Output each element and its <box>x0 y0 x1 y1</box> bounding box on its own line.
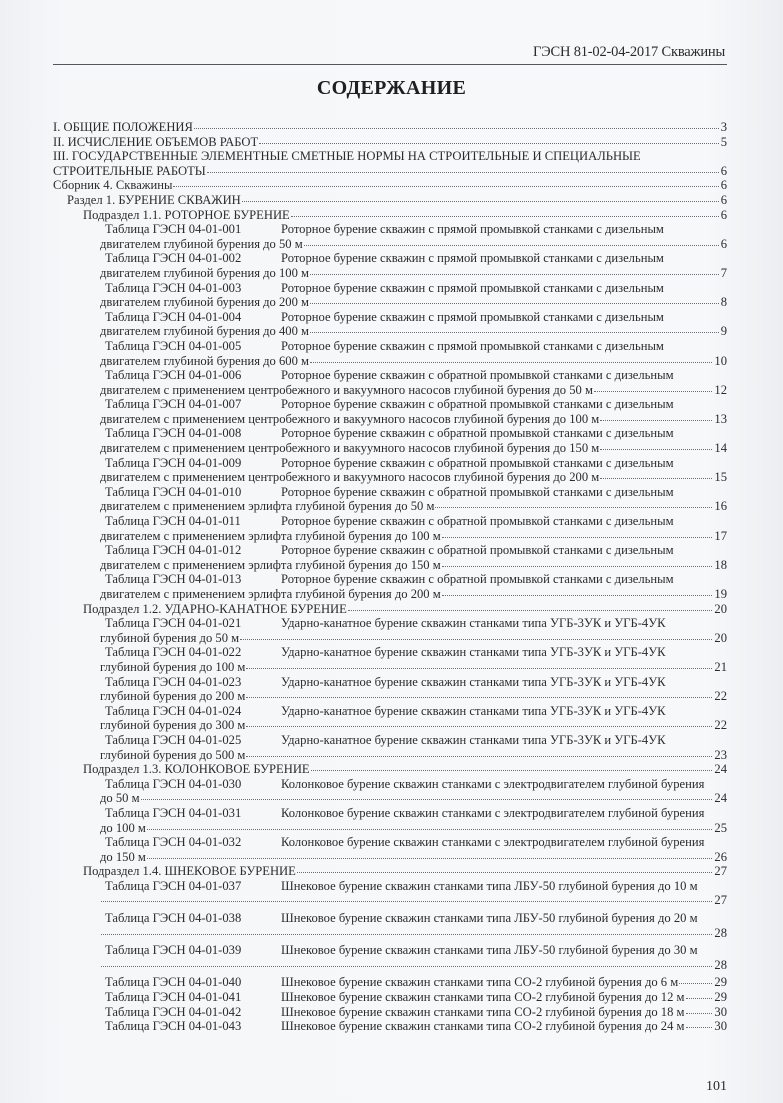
page-ref: 15 <box>713 470 727 485</box>
running-head: ГЭСН 81-02-04-2017 Скважины <box>53 44 725 61</box>
toc-entry-table[interactable]: Таблица ГЭСН 04-01-009Роторное бурение с… <box>53 456 727 485</box>
page-ref: 30 <box>713 1019 727 1034</box>
page-ref: 27 <box>713 893 727 908</box>
leader-dots <box>435 507 712 508</box>
subsections-list: Подраздел 1.1. РОТОРНОЕ БУРЕНИЕ6Таблица … <box>53 208 727 1034</box>
table-description: Роторное бурение скважин с обратной пром… <box>281 485 674 500</box>
table-description-continued: двигателем глубиной бурения до 100 м <box>100 266 309 281</box>
toc-entry-table[interactable]: Таблица ГЭСН 04-01-002Роторное бурение с… <box>53 251 727 280</box>
header-rule <box>53 64 727 65</box>
page-ref: 12 <box>713 383 727 398</box>
table-code: Таблица ГЭСН 04-01-010 <box>105 485 281 500</box>
table-code: Таблица ГЭСН 04-01-006 <box>105 368 281 383</box>
toc-entry-table[interactable]: Таблица ГЭСН 04-01-030Колонковое бурение… <box>53 777 727 806</box>
table-description-continued: двигателем с применением центробежного и… <box>100 412 599 427</box>
toc-entry-table[interactable]: Таблица ГЭСН 04-01-007Роторное бурение с… <box>53 397 727 426</box>
table-description: Роторное бурение скважин с прямой промыв… <box>281 222 664 237</box>
table-code: Таблица ГЭСН 04-01-005 <box>105 339 281 354</box>
leader-dots <box>246 756 712 757</box>
leader-dots <box>242 201 719 202</box>
table-description: Роторное бурение скважин с обратной пром… <box>281 514 674 529</box>
table-description-continued: до 150 м <box>100 850 146 865</box>
table-code: Таблица ГЭСН 04-01-007 <box>105 397 281 412</box>
table-description-continued: до 50 м <box>100 791 140 806</box>
page-ref: 5 <box>720 135 727 150</box>
toc-entry-table[interactable]: Таблица ГЭСН 04-01-001Роторное бурение с… <box>53 222 727 251</box>
leader-dots <box>101 901 712 902</box>
table-description: Колонковое бурение скважин станками с эл… <box>281 777 704 792</box>
table-description: Шнековое бурение скважин станками типа Л… <box>281 879 698 894</box>
table-code: Таблица ГЭСН 04-01-003 <box>105 281 281 296</box>
leader-dots <box>147 858 713 859</box>
leader-dots <box>246 668 712 669</box>
table-description: Ударно-канатное бурение скважин станками… <box>281 675 666 690</box>
table-code: Таблица ГЭСН 04-01-042 <box>105 1005 281 1020</box>
leader-dots <box>246 726 712 727</box>
page-ref: 21 <box>713 660 727 675</box>
toc-entry-subsection[interactable]: Подраздел 1.1. РОТОРНОЕ БУРЕНИЕ6 <box>53 208 727 223</box>
toc-entry-table[interactable]: Таблица ГЭСН 04-01-038Шнековое бурение с… <box>53 911 727 940</box>
leader-dots <box>246 697 712 698</box>
leader-dots <box>304 245 719 246</box>
page-ref: 6 <box>720 193 727 208</box>
table-code: Таблица ГЭСН 04-01-001 <box>105 222 281 237</box>
toc-entry-table[interactable]: Таблица ГЭСН 04-01-024Ударно-канатное бу… <box>53 704 727 733</box>
page-ref: 6 <box>720 208 727 223</box>
toc-entry-table[interactable]: Таблица ГЭСН 04-01-003Роторное бурение с… <box>53 281 727 310</box>
page-ref: 24 <box>713 791 727 806</box>
leader-dots <box>310 303 719 304</box>
leader-dots <box>442 566 713 567</box>
table-description-continued: глубиной бурения до 200 м <box>100 689 245 704</box>
table-description: Роторное бурение скважин с прямой промыв… <box>281 281 664 296</box>
leader-dots <box>686 1027 713 1028</box>
table-description-continued: глубиной бурения до 300 м <box>100 718 245 733</box>
table-description: Роторное бурение скважин с прямой промыв… <box>281 251 664 266</box>
toc-entry-table[interactable]: Таблица ГЭСН 04-01-011Роторное бурение с… <box>53 514 727 543</box>
table-description-continued: двигателем глубиной бурения до 200 м <box>100 295 309 310</box>
table-description-continued: двигателем с применением эрлифта глубино… <box>100 499 434 514</box>
page-ref: 6 <box>720 178 727 193</box>
table-description-continued: двигателем с применением эрлифта глубино… <box>100 558 441 573</box>
table-description: Колонковое бурение скважин станками с эл… <box>281 835 704 850</box>
table-description-continued: глубиной бурения до 500 м <box>100 748 245 763</box>
page-ref: 9 <box>720 324 727 339</box>
toc-entry-table[interactable]: Таблица ГЭСН 04-01-039Шнековое бурение с… <box>53 943 727 972</box>
leader-dots <box>240 639 712 640</box>
leader-dots <box>442 595 713 596</box>
page-ref: 10 <box>713 354 727 369</box>
page-ref: 29 <box>713 990 727 1005</box>
page-ref: 29 <box>713 975 727 990</box>
leader-dots <box>310 274 719 275</box>
table-description: Шнековое бурение скважин станками типа С… <box>281 990 685 1005</box>
toc-entry-table[interactable]: Таблица ГЭСН 04-01-004Роторное бурение с… <box>53 310 727 339</box>
toc-entry-table[interactable]: Таблица ГЭСН 04-01-031Колонковое бурение… <box>53 806 727 835</box>
page-ref: 28 <box>713 958 727 973</box>
table-description-continued: двигателем с применением эрлифта глубино… <box>100 529 441 544</box>
table-description: Шнековое бурение скважин станками типа Л… <box>281 943 698 958</box>
toc-entry-table[interactable]: Таблица ГЭСН 04-01-042Шнековое бурение с… <box>53 1005 727 1020</box>
table-code: Таблица ГЭСН 04-01-041 <box>105 990 281 1005</box>
table-description: Шнековое бурение скважин станками типа С… <box>281 975 678 990</box>
table-description: Роторное бурение скважин с обратной пром… <box>281 456 674 471</box>
leader-dots <box>101 966 712 967</box>
toc-entry-table[interactable]: Таблица ГЭСН 04-01-022Ударно-канатное бу… <box>53 645 727 674</box>
table-description-continued: двигателем глубиной бурения до 50 м <box>100 237 303 252</box>
leader-dots <box>141 799 713 800</box>
table-description: Роторное бурение скважин с прямой промыв… <box>281 339 664 354</box>
table-code: Таблица ГЭСН 04-01-032 <box>105 835 281 850</box>
page-ref: 6 <box>720 164 727 179</box>
table-description: Ударно-канатное бурение скважин станками… <box>281 733 666 748</box>
table-code: Таблица ГЭСН 04-01-022 <box>105 645 281 660</box>
page-ref: 13 <box>713 412 727 427</box>
page-ref: 28 <box>713 926 727 941</box>
document-page: ГЭСН 81-02-04-2017 Скважины СОДЕРЖАНИЕ I… <box>0 0 783 1103</box>
table-description-continued: двигателем с применением центробежного и… <box>100 383 593 398</box>
page-ref: 22 <box>713 718 727 733</box>
table-description-continued: двигателем глубиной бурения до 400 м <box>100 324 309 339</box>
table-description-continued: двигателем глубиной бурения до 600 м <box>100 354 309 369</box>
table-description: Ударно-канатное бурение скважин станками… <box>281 704 666 719</box>
table-description-continued: глубиной бурения до 50 м <box>100 631 239 646</box>
table-code: Таблица ГЭСН 04-01-039 <box>105 943 281 958</box>
toc-entry-section-1[interactable]: Раздел 1. БУРЕНИЕ СКВАЖИН6 <box>53 193 727 208</box>
toc-entry-table[interactable]: Таблица ГЭСН 04-01-012Роторное бурение с… <box>53 543 727 572</box>
table-description: Роторное бурение скважин с обратной пром… <box>281 543 674 558</box>
leader-dots <box>147 829 713 830</box>
table-code: Таблица ГЭСН 04-01-002 <box>105 251 281 266</box>
page-ref: 23 <box>713 748 727 763</box>
table-code: Таблица ГЭСН 04-01-013 <box>105 572 281 587</box>
table-description-continued: двигателем с применением эрлифта глубино… <box>100 587 441 602</box>
toc-entry-table[interactable]: Таблица ГЭСН 04-01-037Шнековое бурение с… <box>53 879 727 908</box>
page-ref: 7 <box>720 266 727 281</box>
leader-dots <box>310 362 712 363</box>
table-description: Роторное бурение скважин с обратной пром… <box>281 397 674 412</box>
table-code: Таблица ГЭСН 04-01-031 <box>105 806 281 821</box>
page-title: СОДЕРЖАНИЕ <box>0 77 783 100</box>
table-code: Таблица ГЭСН 04-01-004 <box>105 310 281 325</box>
table-description: Роторное бурение скважин с прямой промыв… <box>281 310 664 325</box>
table-description: Ударно-канатное бурение скважин станками… <box>281 616 666 631</box>
leader-dots <box>259 143 719 144</box>
leader-dots <box>600 478 712 479</box>
page-ref: 27 <box>713 864 727 879</box>
table-code: Таблица ГЭСН 04-01-037 <box>105 879 281 894</box>
table-of-contents: I. ОБЩИЕ ПОЛОЖЕНИЯ3 II. ИСЧИСЛЕНИЕ ОБЪЕМ… <box>53 120 727 1034</box>
table-code: Таблица ГЭСН 04-01-011 <box>105 514 281 529</box>
table-description: Роторное бурение скважин с обратной пром… <box>281 572 674 587</box>
leader-dots <box>310 332 719 333</box>
page-ref: 14 <box>713 441 727 456</box>
table-code: Таблица ГЭСН 04-01-038 <box>105 911 281 926</box>
page-ref: 22 <box>713 689 727 704</box>
leader-dots <box>348 610 713 611</box>
toc-entry-table[interactable]: Таблица ГЭСН 04-01-006Роторное бурение с… <box>53 368 727 397</box>
page-ref: 3 <box>720 120 727 135</box>
toc-entry-state-norms[interactable]: III. ГОСУДАРСТВЕННЫЕ ЭЛЕМЕНТНЫЕ СМЕТНЫЕ … <box>53 149 727 178</box>
table-description: Роторное бурение скважин с обратной пром… <box>281 368 674 383</box>
table-code: Таблица ГЭСН 04-01-012 <box>105 543 281 558</box>
leader-dots <box>311 770 713 771</box>
table-code: Таблица ГЭСН 04-01-030 <box>105 777 281 792</box>
leader-dots <box>600 449 712 450</box>
table-description: Роторное бурение скважин с обратной пром… <box>281 426 674 441</box>
toc-entry-table[interactable]: Таблица ГЭСН 04-01-010Роторное бурение с… <box>53 485 727 514</box>
page-ref: 20 <box>713 631 727 646</box>
table-description: Шнековое бурение скважин станками типа С… <box>281 1019 685 1034</box>
table-description-continued: глубиной бурения до 100 м <box>100 660 245 675</box>
leader-dots <box>194 128 719 129</box>
toc-entry-table[interactable]: Таблица ГЭСН 04-01-040Шнековое бурение с… <box>53 975 727 990</box>
page-number: 101 <box>700 1079 727 1095</box>
leader-dots <box>442 537 713 538</box>
table-code: Таблица ГЭСН 04-01-009 <box>105 456 281 471</box>
toc-entry-table[interactable]: Таблица ГЭСН 04-01-043Шнековое бурение с… <box>53 1019 727 1034</box>
page-ref: 19 <box>713 587 727 602</box>
table-description: Шнековое бурение скважин станками типа С… <box>281 1005 685 1020</box>
toc-entry-subsection[interactable]: Подраздел 1.2. УДАРНО-КАНАТНОЕ БУРЕНИЕ20 <box>53 602 727 617</box>
leader-dots <box>101 934 712 935</box>
toc-entry-table[interactable]: Таблица ГЭСН 04-01-041Шнековое бурение с… <box>53 990 727 1005</box>
table-code: Таблица ГЭСН 04-01-025 <box>105 733 281 748</box>
page-ref: 16 <box>713 499 727 514</box>
toc-entry-table[interactable]: Таблица ГЭСН 04-01-013Роторное бурение с… <box>53 572 727 601</box>
leader-dots <box>207 172 719 173</box>
table-description: Шнековое бурение скважин станками типа Л… <box>281 911 698 926</box>
toc-entry-volumes[interactable]: II. ИСЧИСЛЕНИЕ ОБЪЕМОВ РАБОТ5 <box>53 135 727 150</box>
table-description-continued: двигателем с применением центробежного и… <box>100 441 599 456</box>
toc-entry-subsection[interactable]: Подраздел 1.3. КОЛОНКОВОЕ БУРЕНИЕ24 <box>53 762 727 777</box>
page-ref: 17 <box>713 529 727 544</box>
leader-dots <box>600 420 712 421</box>
leader-dots <box>173 186 718 187</box>
leader-dots <box>291 216 719 217</box>
toc-entry-subsection[interactable]: Подраздел 1.4. ШНЕКОВОЕ БУРЕНИЕ27 <box>53 864 727 879</box>
page-ref: 8 <box>720 295 727 310</box>
toc-entry-table[interactable]: Таблица ГЭСН 04-01-008Роторное бурение с… <box>53 426 727 455</box>
page-ref: 26 <box>713 850 727 865</box>
page-ref: 20 <box>713 602 727 617</box>
toc-entry-table[interactable]: Таблица ГЭСН 04-01-032Колонковое бурение… <box>53 835 727 864</box>
toc-entry-table[interactable]: Таблица ГЭСН 04-01-023Ударно-канатное бу… <box>53 675 727 704</box>
toc-entry-table[interactable]: Таблица ГЭСН 04-01-005Роторное бурение с… <box>53 339 727 368</box>
table-code: Таблица ГЭСН 04-01-024 <box>105 704 281 719</box>
toc-entry-collection-4[interactable]: Сборник 4. Скважины6 <box>53 178 727 193</box>
table-code: Таблица ГЭСН 04-01-021 <box>105 616 281 631</box>
page-ref: 25 <box>713 821 727 836</box>
toc-entry-table[interactable]: Таблица ГЭСН 04-01-025Ударно-канатное бу… <box>53 733 727 762</box>
table-code: Таблица ГЭСН 04-01-043 <box>105 1019 281 1034</box>
leader-dots <box>297 872 713 873</box>
table-code: Таблица ГЭСН 04-01-008 <box>105 426 281 441</box>
table-description: Ударно-канатное бурение скважин станками… <box>281 645 666 660</box>
leader-dots <box>594 391 712 392</box>
table-code: Таблица ГЭСН 04-01-023 <box>105 675 281 690</box>
table-description-continued: до 100 м <box>100 821 146 836</box>
page-ref: 18 <box>713 558 727 573</box>
page-ref: 24 <box>713 762 727 777</box>
leader-dots <box>679 983 712 984</box>
table-description: Колонковое бурение скважин станками с эл… <box>281 806 704 821</box>
toc-entry-general[interactable]: I. ОБЩИЕ ПОЛОЖЕНИЯ3 <box>53 120 727 135</box>
table-code: Таблица ГЭСН 04-01-040 <box>105 975 281 990</box>
leader-dots <box>686 998 713 999</box>
leader-dots <box>686 1013 713 1014</box>
table-description-continued: двигателем с применением центробежного и… <box>100 470 599 485</box>
page-ref: 6 <box>720 237 727 252</box>
page-ref: 30 <box>713 1005 727 1020</box>
toc-entry-table[interactable]: Таблица ГЭСН 04-01-021Ударно-канатное бу… <box>53 616 727 645</box>
